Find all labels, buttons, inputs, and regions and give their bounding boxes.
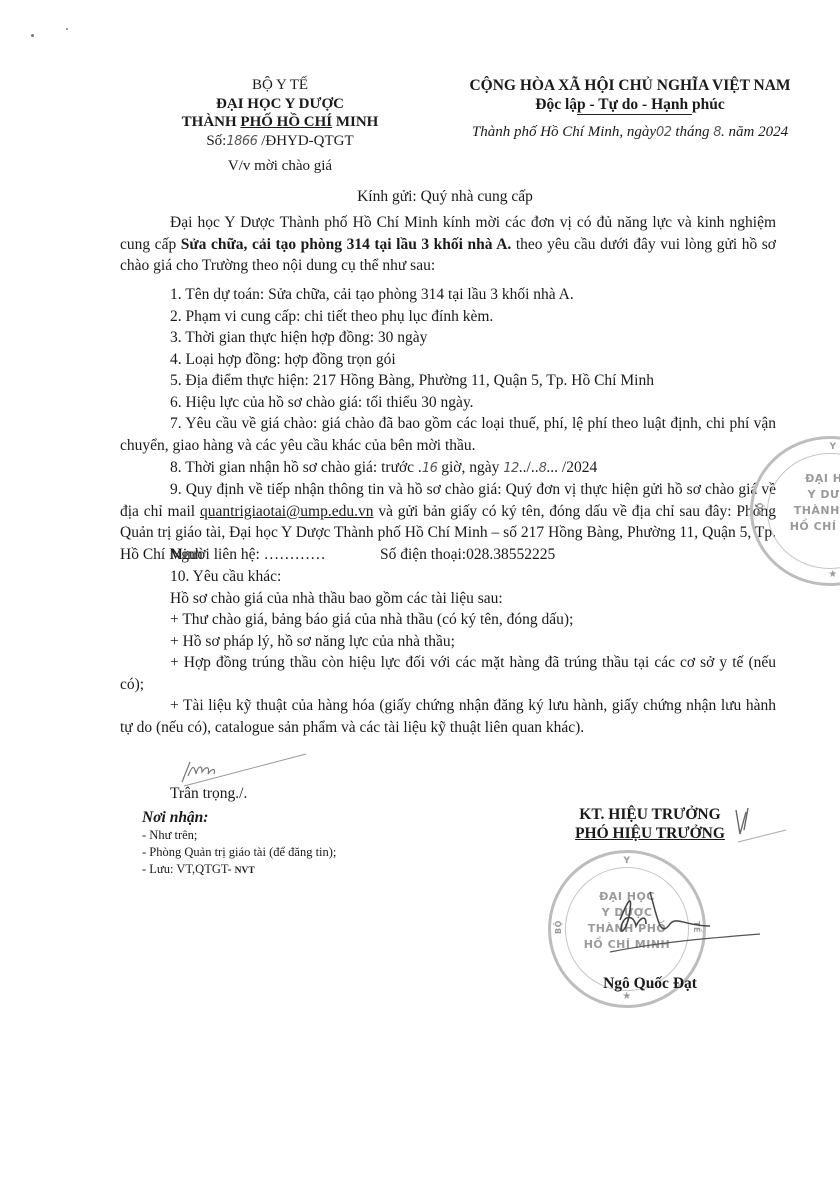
nation-title: CỘNG HÒA XÃ HỘI CHỦ NGHĨA VIỆT NAM bbox=[420, 76, 840, 95]
contact-person: Người liên hệ: ………… bbox=[170, 544, 380, 566]
national-motto: Độc lập - Tự do - Hạnh phúc bbox=[420, 95, 840, 114]
section-intro: Hồ sơ chào giá của nhà thầu bao gồm các … bbox=[120, 588, 776, 610]
recipients-block: Nơi nhận: - Như trên; - Phòng Quản trị g… bbox=[142, 808, 336, 880]
project-title: Sửa chữa, cải tạo phòng 314 tại lầu 3 kh… bbox=[181, 236, 512, 253]
intro-paragraph: Đại học Y Dược Thành phố Hồ Chí Minh kín… bbox=[120, 212, 776, 277]
requirement-item: 4. Loại hợp đồng: hợp đồng trọn gói bbox=[120, 349, 776, 371]
document-item: + Hợp đồng trúng thầu còn hiệu lực đối v… bbox=[120, 652, 776, 695]
handwritten-month: 8 bbox=[713, 125, 721, 140]
star-icon: ★ bbox=[753, 567, 840, 583]
handwritten-day: 12 bbox=[503, 461, 519, 476]
requirement-item: 1. Tên dự toán: Sửa chữa, cải tạo phòng … bbox=[120, 284, 776, 306]
university-name: ĐẠI HỌC Y DƯỢC bbox=[150, 95, 410, 114]
university-city: THÀNH PHỐ HỒ CHÍ MINH bbox=[150, 113, 410, 132]
handwritten-hour: 16 bbox=[422, 461, 438, 476]
requirement-item: 3. Thời gian thực hiện hợp đồng: 30 ngày bbox=[120, 327, 776, 349]
initials-mark bbox=[728, 800, 788, 848]
contact-row: Người liên hệ: …………Số điện thoại: 028.38… bbox=[120, 544, 776, 566]
document-item: + Thư chào giá, bảng báo giá của nhà thầ… bbox=[120, 609, 776, 631]
recipient-archive: - Lưu: VT,QTGT- NVT bbox=[142, 861, 336, 880]
closing: Trân trọng./. bbox=[120, 783, 776, 805]
requirement-list: 1. Tên dự toán: Sửa chữa, cải tạo phòng … bbox=[120, 284, 776, 413]
document-item: + Tài liệu kỹ thuật của hàng hóa (giấy c… bbox=[120, 695, 776, 738]
section-title: 10. Yêu cầu khác: bbox=[120, 566, 776, 588]
recipient-item: - Phòng Quản trị giáo tài (để đăng tin); bbox=[142, 844, 336, 861]
email-link[interactable]: quantrigiaotai@ump.edu.vn bbox=[200, 503, 374, 520]
requirement-item-other: 10. Yêu cầu khác: Hồ sơ chào giá của nhà… bbox=[120, 566, 776, 738]
date-line: Thành phố Hồ Chí Minh, ngày02 tháng 8. n… bbox=[420, 123, 840, 142]
contact-phone: Số điện thoại: 028.38552225 bbox=[380, 544, 555, 566]
requirement-item: 2. Phạm vi cung cấp: chi tiết theo phụ l… bbox=[120, 306, 776, 328]
signer-title: PHÓ HIỆU TRƯỞNG bbox=[540, 824, 760, 843]
scan-speck bbox=[31, 34, 34, 37]
document-subject: V/v mời chào giá bbox=[150, 157, 410, 176]
requirement-item: 6. Hiệu lực của hồ sơ chào giá: tối thiể… bbox=[120, 392, 776, 414]
handwritten-number: 1866 bbox=[226, 134, 257, 149]
requirement-item: 5. Địa điểm thực hiện: 217 Hồng Bàng, Ph… bbox=[120, 370, 776, 392]
signature bbox=[600, 880, 770, 960]
signer-name: Ngô Quốc Đạt bbox=[560, 975, 740, 993]
on-behalf-title: KT. HIỆU TRƯỞNG bbox=[540, 805, 760, 824]
requirement-item-deadline: 8. Thời gian nhận hồ sơ chào giá: trước … bbox=[120, 457, 776, 480]
issuer-header: BỘ Y TẾ ĐẠI HỌC Y DƯỢC THÀNH PHỐ HỒ CHÍ … bbox=[150, 76, 410, 176]
recipients-title: Nơi nhận: bbox=[142, 808, 336, 827]
ministry-name: BỘ Y TẾ bbox=[150, 76, 410, 95]
signature-block: KT. HIỆU TRƯỞNG PHÓ HIỆU TRƯỞNG bbox=[540, 805, 760, 843]
recipient-item: - Như trên; bbox=[142, 827, 336, 844]
handwritten-day: 02 bbox=[656, 125, 672, 140]
scan-speck bbox=[66, 28, 68, 30]
document-item: + Hồ sơ pháp lý, hồ sơ năng lực của nhà … bbox=[120, 631, 776, 653]
requirement-item-price: 7. Yêu cầu về giá chào: giá chào đã bao … bbox=[120, 413, 776, 456]
salutation: Kính gửi: Quý nhà cung cấp bbox=[0, 188, 840, 206]
document-number: Số:1866 /ĐHYD-QTGT bbox=[150, 132, 410, 152]
national-header: CỘNG HÒA XÃ HỘI CHỦ NGHĨA VIỆT NAM Độc l… bbox=[420, 76, 840, 142]
